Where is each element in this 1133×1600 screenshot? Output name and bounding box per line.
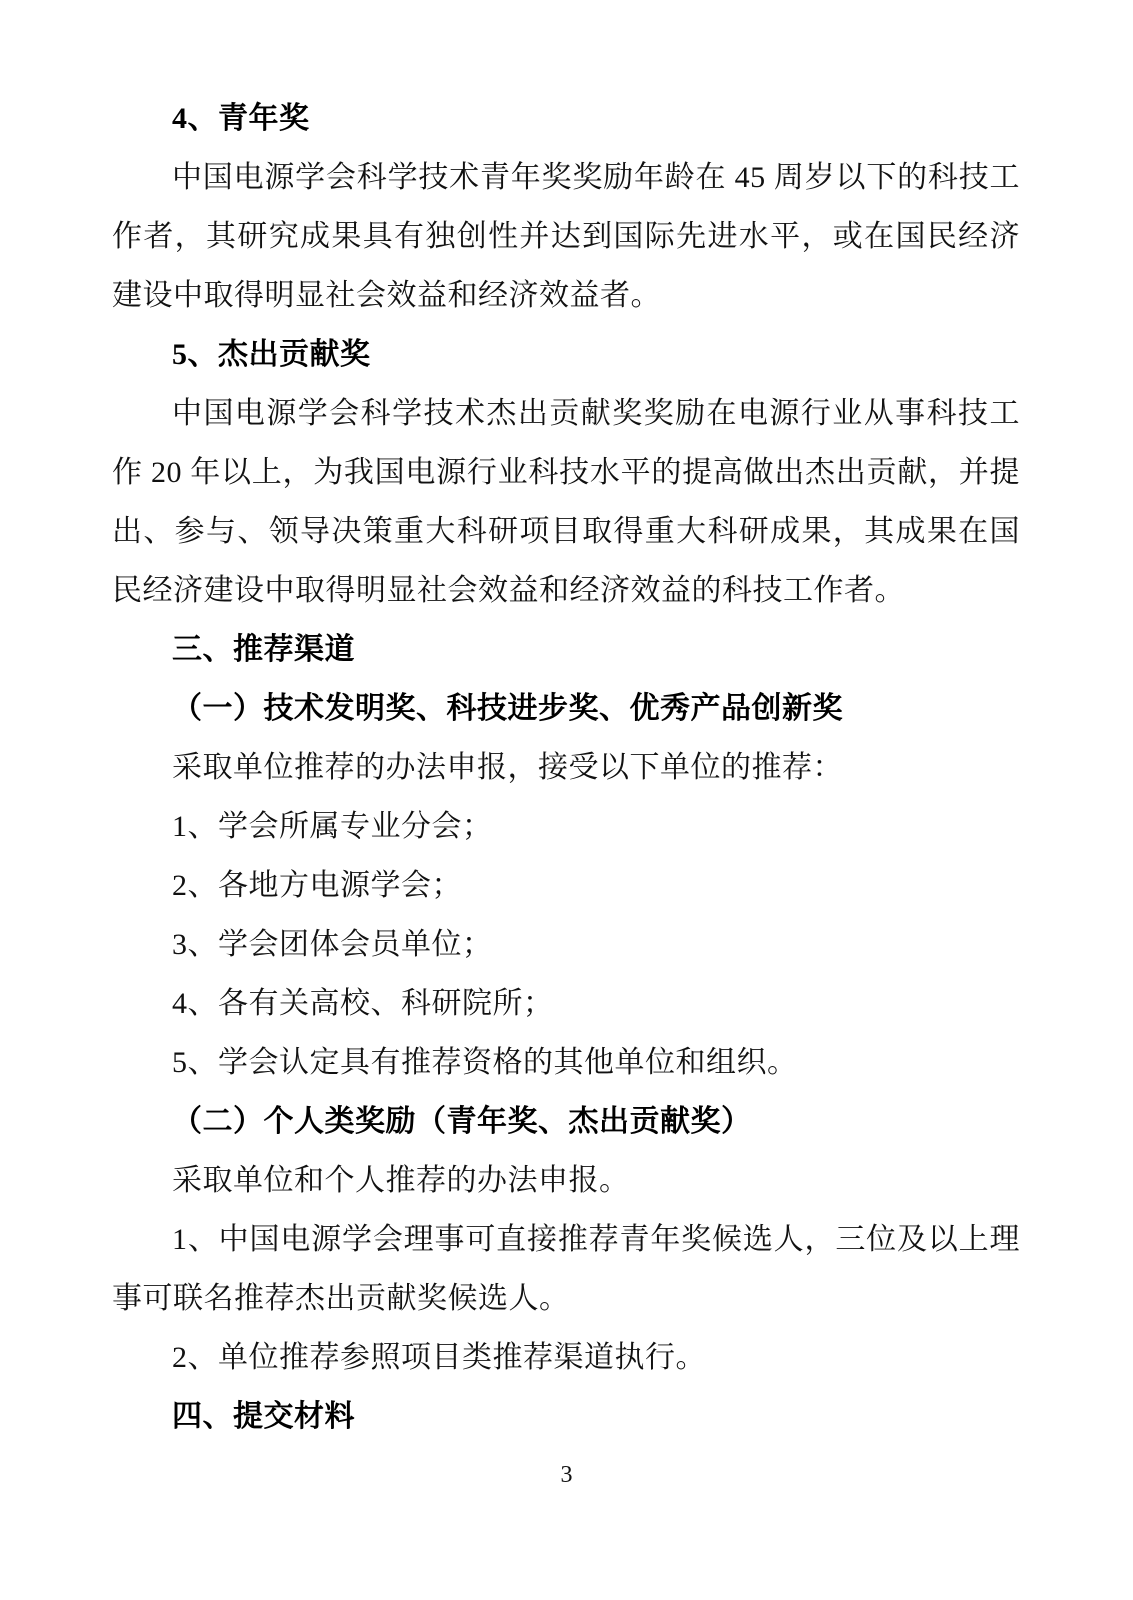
page-number: 3 [0, 1446, 1133, 1505]
list-item-2: 2、各地方电源学会； [112, 856, 1020, 915]
section-heading-youth-award: 4、青年奖 [112, 89, 1020, 148]
paragraph-outstanding-award-desc: 中国电源学会科学技术杰出贡献奖奖励在电源行业从事科技工作 20 年以上，为我国电… [112, 384, 1020, 620]
paragraph-personal-recommend-intro: 采取单位和个人推荐的办法申报。 [112, 1151, 1020, 1210]
subsection-heading-project-awards: （一）技术发明奖、科技进步奖、优秀产品创新奖 [112, 679, 1020, 738]
list-item-5: 5、学会认定具有推荐资格的其他单位和组织。 [112, 1033, 1020, 1092]
paragraph-unit-recommend-rule: 2、单位推荐参照项目类推荐渠道执行。 [112, 1328, 1020, 1387]
list-item-1: 1、学会所属专业分会； [112, 797, 1020, 856]
list-item-3: 3、学会团体会员单位； [112, 915, 1020, 974]
paragraph-unit-recommend-intro: 采取单位推荐的办法申报，接受以下单位的推荐： [112, 738, 1020, 797]
document-body: 4、青年奖 中国电源学会科学技术青年奖奖励年龄在 45 周岁以下的科技工作者，其… [112, 89, 1020, 1446]
paragraph-youth-award-desc: 中国电源学会科学技术青年奖奖励年龄在 45 周岁以下的科技工作者，其研究成果具有… [112, 148, 1020, 325]
section-heading-outstanding-award: 5、杰出贡献奖 [112, 325, 1020, 384]
document-page: 4、青年奖 中国电源学会科学技术青年奖奖励年龄在 45 周岁以下的科技工作者，其… [0, 0, 1133, 1600]
list-item-4: 4、各有关高校、科研院所； [112, 974, 1020, 1033]
section-heading-submit-materials: 四、提交材料 [112, 1387, 1020, 1446]
subsection-heading-personal-awards: （二）个人类奖励（青年奖、杰出贡献奖） [112, 1092, 1020, 1151]
paragraph-director-recommend: 1、中国电源学会理事可直接推荐青年奖候选人，三位及以上理事可联名推荐杰出贡献奖候… [112, 1210, 1020, 1328]
section-heading-recommend-channels: 三、推荐渠道 [112, 620, 1020, 679]
